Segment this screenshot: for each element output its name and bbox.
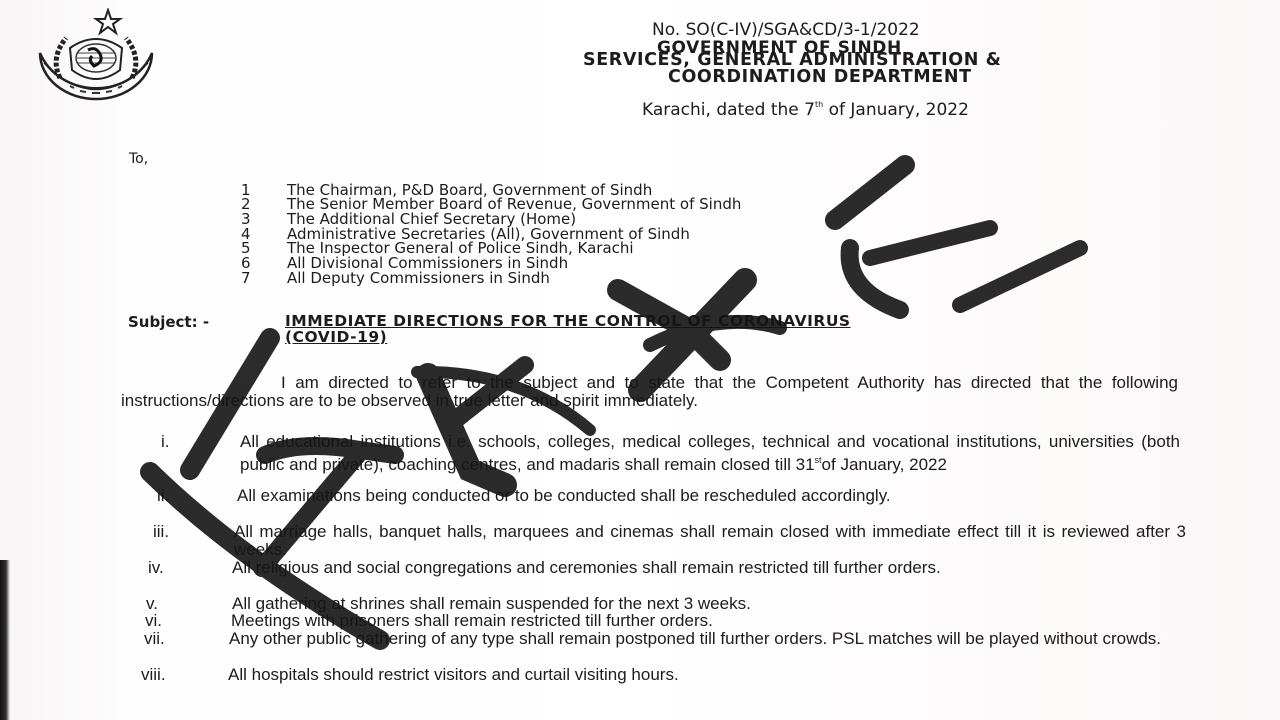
sindh-emblem-icon [30,8,162,112]
header-department-line2: COORDINATION DEPARTMENT [668,67,972,87]
direction-body: All marriage halls, banquet halls, marqu… [234,522,1186,559]
subject-label: Subject: - [128,313,209,331]
direction-number: vii. [144,630,165,648]
subject-line-2: (COVID-19) [285,329,851,345]
direction-body: All examinations being conducted or to b… [237,486,891,505]
subject-title: IMMEDIATE DIRECTIONS FOR THE CONTROL OF … [285,313,851,345]
direction-text: All marriage halls, banquet halls, marqu… [234,523,1186,559]
direction-body: Any other public gathering of any type s… [229,629,1161,648]
direction-body: Meetings with prisoners shall remain res… [231,611,713,630]
recipient-number: 7 [241,271,251,286]
document-date: Karachi, dated the 7th of January, 2022 [642,100,969,120]
direction-body: All educational institutions i.e. school… [240,432,1180,474]
date-prefix: Karachi, dated the 7 [642,100,815,120]
direction-text: Any other public gathering of any type s… [229,630,1191,648]
direction-text: All educational institutions i.e. school… [240,433,1180,474]
direction-body: All hospitals should restrict visitors a… [228,665,679,684]
direction-number: ii. [157,487,169,505]
recipient-text: All Deputy Commissioners in Sindh [287,271,550,286]
to-label: To, [129,151,148,167]
date-suffix: of January, 2022 [823,100,969,120]
subject-line-1: IMMEDIATE DIRECTIONS FOR THE CONTROL OF … [285,313,851,329]
date-sup: th [815,100,823,109]
direction-text: All examinations being conducted or to b… [237,487,1183,505]
scan-edge-shadow [0,560,10,720]
reference-number: No. SO(C-IV)/SGA&CD/3-1/2022 [652,20,920,40]
direction-text: All hospitals should restrict visitors a… [228,666,1190,684]
direction-number: vi. [145,612,162,630]
direction-number: iii. [153,523,169,541]
direction-sup: st [815,455,822,465]
direction-text: All religious and social congregations a… [232,559,1188,577]
intro-paragraph: I am directed to refer to the subject an… [121,374,1178,410]
direction-number: iv. [148,559,164,577]
direction-number: viii. [141,666,166,684]
direction-tail: of January, 2022 [822,455,947,474]
direction-number: i. [161,433,170,451]
direction-text: Meetings with prisoners shall remain res… [231,612,1187,630]
direction-body: All religious and social congregations a… [232,558,941,577]
